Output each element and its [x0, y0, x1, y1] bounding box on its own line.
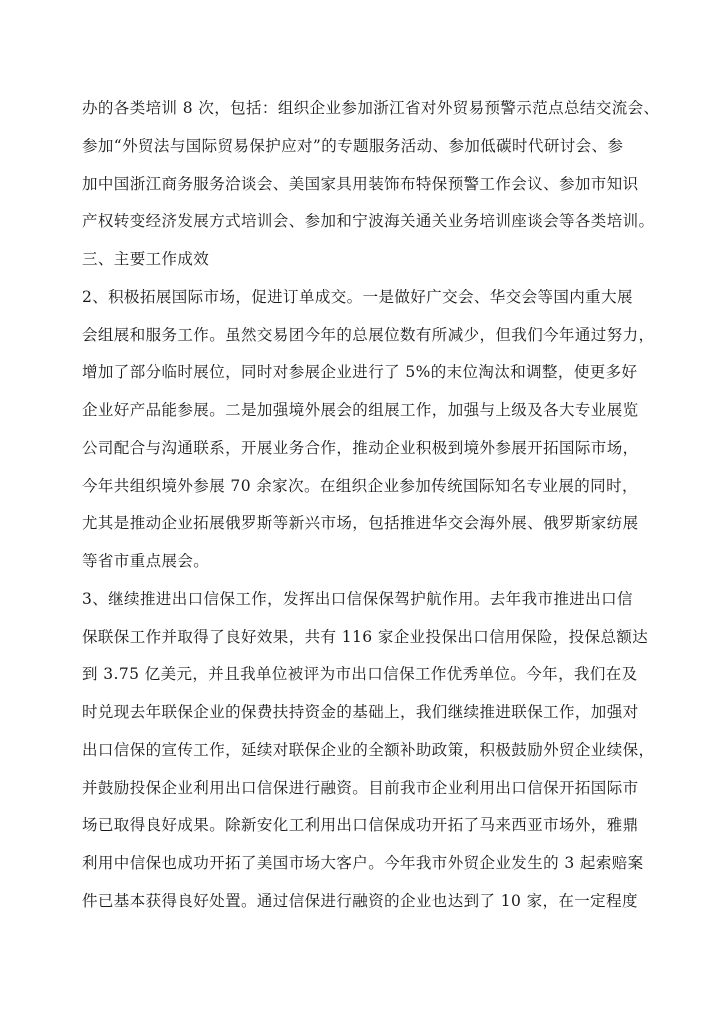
text-line: 时兑现去年联保企业的保费扶持资金的基础上，我们继续推进联保工作，加强对 [82, 699, 614, 737]
text-line: 增加了部分临时展位，同时对参展企业进行了 5%的末位淘汰和调整，使更多好 [82, 359, 614, 397]
text-line: 会组展和服务工作。虽然交易团今年的总展位数有所减少，但我们今年通过努力， [82, 322, 614, 360]
text-line: 场已取得良好成果。除新安化工利用出口信保成功开拓了马来西亚市场外，雅鼎 [82, 812, 614, 850]
text-line: 并鼓励投保企业利用出口信保进行融资。目前我市企业利用出口信保开拓国际市 [82, 775, 614, 813]
text-line: 出口信保的宣传工作，延续对联保企业的全额补助政策，积极鼓励外贸企业续保， [82, 737, 614, 775]
document-page: 办的各类培训 8 次，包括：组织企业参加浙江省对外贸易预警示范点总结交流会、 参… [82, 95, 614, 926]
text-line: 产权转变经济发展方式培训会、参加和宁波海关通关业务培训座谈会等各类培训。 [82, 208, 614, 246]
text-line: 到 3.75 亿美元，并且我单位被评为市出口信保工作优秀单位。今年，我们在及 [82, 661, 614, 699]
text-line: 今年共组织境外参展 70 余家次。在组织企业参加传统国际知名专业展的同时， [82, 473, 614, 511]
text-line: 加中国浙江商务服务洽谈会、美国家具用装饰布特保预警工作会议、参加市知识 [82, 171, 614, 209]
text-line: 企业好产品能参展。二是加强境外展会的组展工作，加强与上级及各大专业展览 [82, 397, 614, 435]
text-line: 保联保工作并取得了良好效果，共有 116 家企业投保出口信用保险，投保总额达 [82, 624, 614, 662]
text-line: 件已基本获得良好处置。通过信保进行融资的企业也达到了 10 家，在一定程度 [82, 888, 614, 926]
text-line: 参加“外贸法与国际贸易保护应对”的专题服务活动、参加低碳时代研讨会、参 [82, 133, 614, 171]
text-line: 办的各类培训 8 次，包括：组织企业参加浙江省对外贸易预警示范点总结交流会、 [82, 95, 614, 133]
section-heading: 三、主要工作成效 [82, 246, 614, 284]
text-line: 等省市重点展会。 [82, 548, 614, 586]
text-line: 2、积极拓展国际市场，促进订单成交。一是做好广交会、华交会等国内重大展 [82, 284, 614, 322]
text-line: 尤其是推动企业拓展俄罗斯等新兴市场，包括推进华交会海外展、俄罗斯家纺展 [82, 510, 614, 548]
text-line: 利用中信保也成功开拓了美国市场大客户。今年我市外贸企业发生的 3 起索赔案 [82, 850, 614, 888]
text-line: 公司配合与沟通联系，开展业务合作，推动企业积极到境外参展开拓国际市场， [82, 435, 614, 473]
text-line: 3、继续推进出口信保工作，发挥出口信保保驾护航作用。去年我市推进出口信 [82, 586, 614, 624]
